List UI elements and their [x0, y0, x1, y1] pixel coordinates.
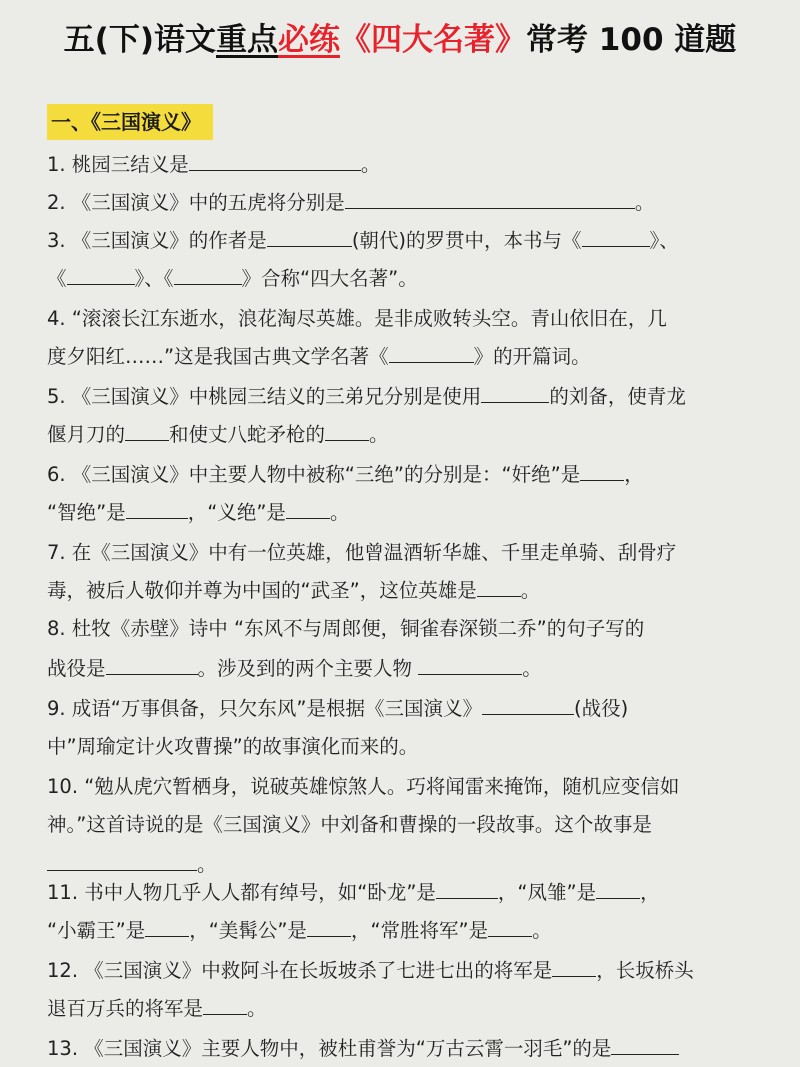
worksheet-page: 五(下)语文重点必练《四大名著》常考 100 道题 一、《三国演义》 1. 桃园… [0, 0, 800, 1067]
question-5-line-2: 偃月刀的和使丈八蛇矛枪的。 [47, 416, 759, 454]
question-text: 。 [522, 657, 542, 680]
title-key: 重点 [216, 22, 278, 58]
answer-blank[interactable] [67, 264, 135, 285]
question-text: 毒，被后人敬仰并尊为中国的“武圣”，这位英雄是 [47, 579, 477, 602]
question-text: 4. “滚滚长江东逝水，浪花淘尽英雄。是非成败转头空。青山依旧在，几 [47, 307, 667, 330]
question-text: 10. “勉从虎穴暂栖身，说破英雄惊煞人。巧将闻雷来掩饰，随机应变信如 [47, 775, 679, 798]
question-text: 》、《 [135, 267, 174, 290]
question-11-line-1: 11. 书中人物几乎人人都有绰号，如“卧龙”是，“凤雏”是， [47, 874, 759, 912]
question-7-line-1: 7. 在《三国演义》中有一位英雄，他曾温酒斩华雄、千里走单骑、刮骨疗 [47, 534, 759, 572]
question-text: ， [640, 881, 660, 904]
question-text: 。 [330, 501, 350, 524]
question-text: ，“常胜将军”是 [351, 919, 488, 942]
question-text: 13. 《三国演义》主要人物中，被杜甫誉为“万古云霄一羽毛”的是 [47, 1037, 611, 1060]
answer-blank[interactable] [596, 878, 640, 899]
question-6-line-1: 6. 《三国演义》中主要人物中被称“三绝”的分别是：“奸绝”是， [47, 456, 759, 494]
question-text: 1. 桃园三结义是 [47, 153, 189, 176]
question-5-line-1: 5. 《三国演义》中桃园三结义的三弟兄分别是使用的刘备，使青龙 [47, 378, 759, 416]
question-text: 》合称“四大名著”。 [242, 267, 418, 290]
question-text: 的刘备，使青龙 [549, 385, 686, 408]
answer-blank[interactable] [106, 654, 198, 675]
answer-blank[interactable] [145, 916, 189, 937]
answer-blank[interactable] [189, 150, 361, 171]
page-title: 五(下)语文重点必练《四大名著》常考 100 道题 [0, 14, 800, 59]
question-text: 。 [369, 423, 389, 446]
answer-blank[interactable] [552, 956, 596, 977]
question-text: 。 [247, 997, 267, 1020]
question-text: 9. 成语“万事俱备，只欠东风”是根据《三国演义》 [47, 697, 482, 720]
question-text: 度夕阳红……”这是我国古典文学名著《 [47, 345, 389, 368]
answer-blank[interactable] [203, 994, 247, 1015]
question-text: 和使丈八蛇矛枪的 [169, 423, 325, 446]
answer-blank[interactable] [482, 694, 574, 715]
question-text: 2. 《三国演义》中的五虎将分别是 [47, 191, 345, 214]
question-text: 。 [361, 153, 381, 176]
question-13-line-1: 13. 《三国演义》主要人物中，被杜甫誉为“万古云霄一羽毛”的是 [47, 1030, 759, 1067]
answer-blank[interactable] [436, 878, 498, 899]
question-text: ，长坂桥头 [596, 959, 694, 982]
question-2-line-1: 2. 《三国演义》中的五虎将分别是。 [47, 184, 759, 222]
question-text: 战役是 [47, 657, 106, 680]
question-text: ，“义绝”是 [188, 501, 286, 524]
question-text: 8. 杜牧《赤壁》诗中 “东风不与周郎便，铜雀春深锁二乔”的句子写的 [47, 617, 644, 640]
answer-blank[interactable] [389, 342, 474, 363]
answer-blank[interactable] [126, 498, 188, 519]
question-text: 。 [197, 853, 217, 876]
question-10-line-1: 10. “勉从虎穴暂栖身，说破英雄惊煞人。巧将闻雷来掩饰，随机应变信如 [47, 768, 759, 806]
question-text: 。涉及到的两个主要人物 [198, 657, 419, 680]
section-heading: 一、《三国演义》 [47, 104, 213, 140]
answer-blank[interactable] [582, 226, 650, 247]
answer-blank[interactable] [477, 576, 521, 597]
answer-blank[interactable] [481, 382, 549, 403]
question-text: 》的开篇词。 [474, 345, 591, 368]
question-text: “智绝”是 [47, 501, 126, 524]
answer-blank[interactable] [345, 188, 635, 209]
question-4-line-1: 4. “滚滚长江东逝水，浪花淘尽英雄。是非成败转头空。青山依旧在，几 [47, 300, 759, 338]
question-text: 神。”这首诗说的是《三国演义》中刘备和曹操的一段故事。这个故事是 [47, 813, 652, 836]
question-3-line-2: 《》、《》合称“四大名著”。 [47, 260, 759, 298]
answer-blank[interactable] [580, 460, 624, 481]
answer-blank[interactable] [125, 420, 169, 441]
question-text: (战役) [574, 697, 628, 720]
answer-blank[interactable] [286, 498, 330, 519]
question-text: “小霸王”是 [47, 919, 145, 942]
question-text: 中”周瑜定计火攻曹操”的故事演化而来的。 [47, 735, 418, 758]
question-8-line-2: 战役是。涉及到的两个主要人物 。 [47, 650, 759, 688]
question-text: 。 [532, 919, 552, 942]
question-text: 5. 《三国演义》中桃园三结义的三弟兄分别是使用 [47, 385, 481, 408]
question-text: 《 [47, 267, 67, 290]
question-6-line-2: “智绝”是，“义绝”是。 [47, 494, 759, 532]
answer-blank[interactable] [267, 226, 352, 247]
question-text: 退百万兵的将军是 [47, 997, 203, 1020]
question-12-line-2: 退百万兵的将军是。 [47, 990, 759, 1028]
title-must-practice: 必练 [278, 22, 340, 58]
question-7-line-2: 毒，被后人敬仰并尊为中国的“武圣”，这位英雄是。 [47, 572, 759, 610]
question-text: 7. 在《三国演义》中有一位英雄，他曾温酒斩华雄、千里走单骑、刮骨疗 [47, 541, 676, 564]
question-12-line-1: 12. 《三国演义》中救阿斗在长坂坡杀了七进七出的将军是，长坂桥头 [47, 952, 759, 990]
question-10-line-2: 神。”这首诗说的是《三国演义》中刘备和曹操的一段故事。这个故事是 [47, 806, 759, 844]
question-text: ，“美髯公”是 [189, 919, 307, 942]
answer-blank[interactable] [418, 654, 522, 675]
question-1-line-1: 1. 桃园三结义是。 [47, 146, 759, 184]
answer-blank[interactable] [307, 916, 351, 937]
answer-blank[interactable] [488, 916, 532, 937]
question-8-line-1: 8. 杜牧《赤壁》诗中 “东风不与周郎便，铜雀春深锁二乔”的句子写的 [47, 610, 759, 648]
question-text: 偃月刀的 [47, 423, 125, 446]
question-9-line-1: 9. 成语“万事俱备，只欠东风”是根据《三国演义》(战役) [47, 690, 759, 728]
question-text: 。 [635, 191, 655, 214]
question-text: 。 [521, 579, 541, 602]
question-text: 6. 《三国演义》中主要人物中被称“三绝”的分别是：“奸绝”是 [47, 463, 580, 486]
question-3-line-1: 3. 《三国演义》的作者是(朝代)的罗贯中，本书与《》、 [47, 222, 759, 260]
question-9-line-2: 中”周瑜定计火攻曹操”的故事演化而来的。 [47, 728, 759, 766]
question-text: 3. 《三国演义》的作者是 [47, 229, 267, 252]
answer-blank[interactable] [47, 850, 197, 871]
question-text: ，“凤雏”是 [498, 881, 596, 904]
title-four-classics: 《四大名著》 [340, 22, 526, 58]
answer-blank[interactable] [325, 420, 369, 441]
question-text: (朝代)的罗贯中，本书与《 [352, 229, 582, 252]
answer-blank[interactable] [174, 264, 242, 285]
question-text: 11. 书中人物几乎人人都有绰号，如“卧龙”是 [47, 881, 436, 904]
question-11-line-2: “小霸王”是，“美髯公”是，“常胜将军”是。 [47, 912, 759, 950]
question-text: 》、 [650, 229, 679, 252]
question-4-line-2: 度夕阳红……”这是我国古典文学名著《》的开篇词。 [47, 338, 759, 376]
question-text: 12. 《三国演义》中救阿斗在长坂坡杀了七进七出的将军是 [47, 959, 552, 982]
question-text: ， [624, 463, 644, 486]
title-count: 常考 100 道题 [526, 22, 736, 58]
title-grade: 五(下)语文 [64, 22, 216, 58]
answer-blank[interactable] [611, 1034, 679, 1055]
